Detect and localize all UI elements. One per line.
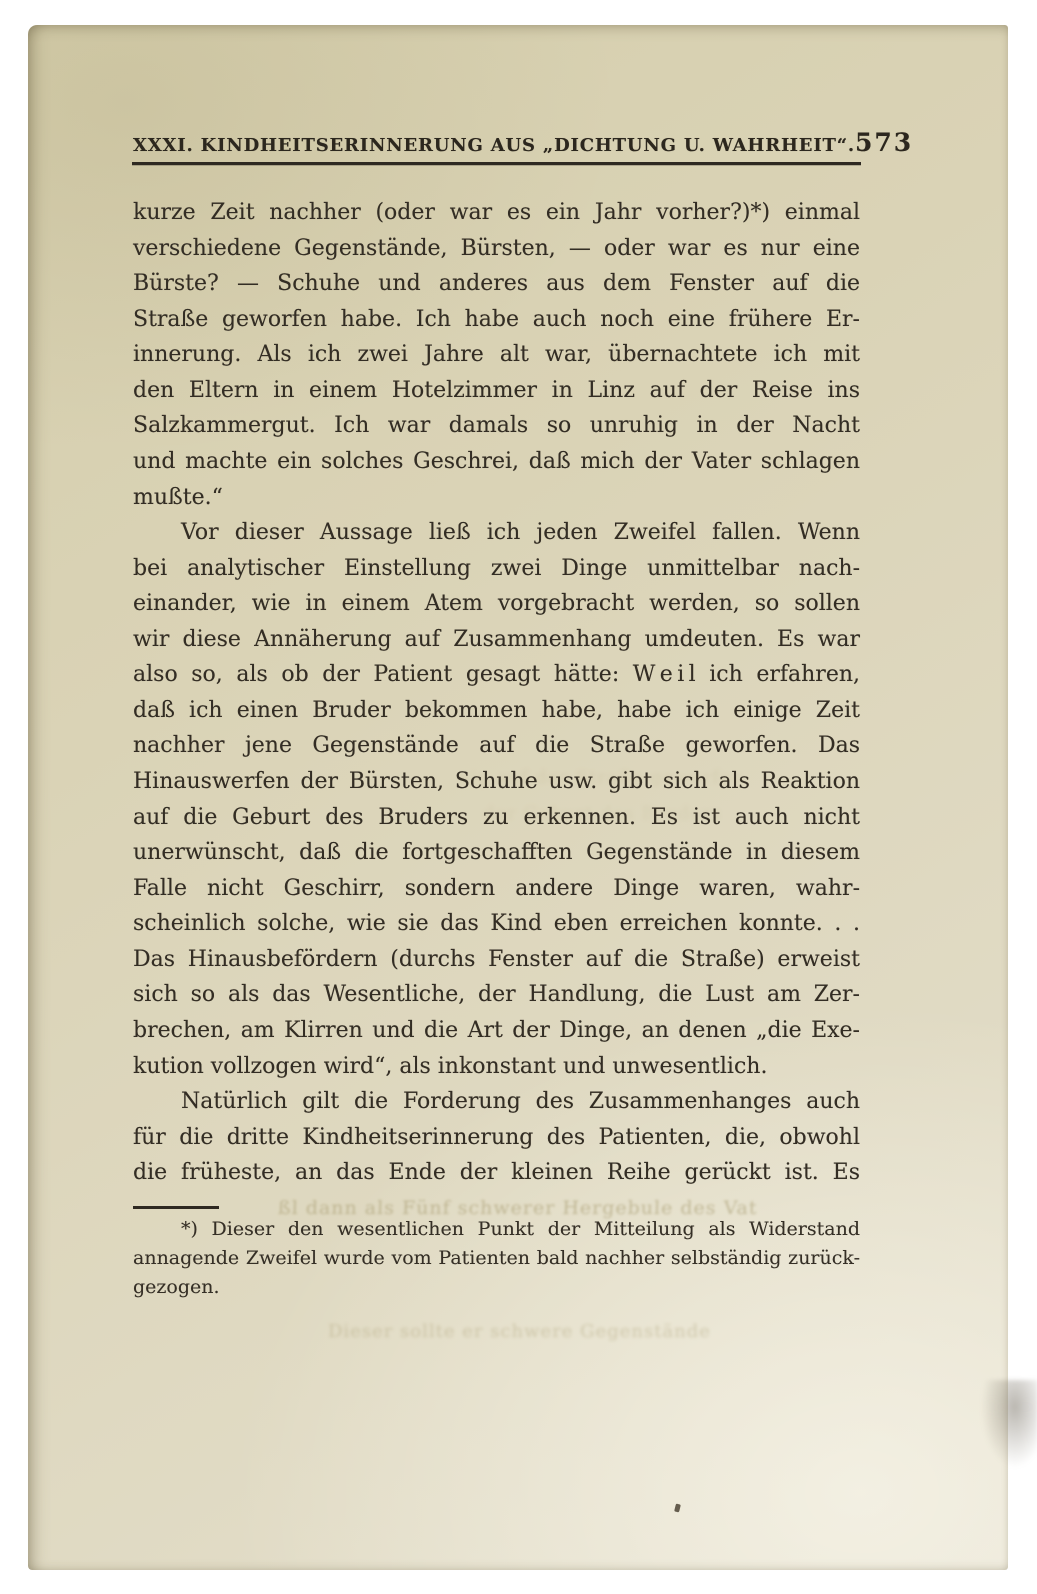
ink-speck <box>674 1504 681 1513</box>
text-line: einander, wie in einem Atem vorgebracht … <box>133 586 860 622</box>
text-line: bei analytischer Einstellung zwei Dinge … <box>133 551 860 587</box>
scan-canvas: XXXI. KINDHEITSERINNERUNG AUS „DICHTUNG … <box>0 0 1037 1594</box>
text-line: wir diese Annäherung auf Zusammenhang um… <box>133 622 860 658</box>
text-line: mußte.“ <box>133 480 860 516</box>
text-line: Natürlich gilt die Forderung des Zusamme… <box>133 1084 860 1120</box>
text-line: kurze Zeit nachher (oder war es ein Jahr… <box>133 195 860 231</box>
text-line: daß ich einen Bruder bekommen habe, habe… <box>133 693 860 729</box>
text-line: auf die Geburt des Bruders zu erkennen. … <box>133 800 860 836</box>
text-line: brechen, am Klirren und die Art der Ding… <box>133 1013 860 1049</box>
footnote-separator-rule <box>133 1206 219 1209</box>
text-line: sich so als das Wesentliche, der Handlun… <box>133 977 860 1013</box>
text-line: kution vollzogen wird“, als inkonstant u… <box>133 1049 860 1085</box>
scan-smudge <box>980 1380 1037 1470</box>
text-line: für die dritte Kindheitserinnerung des P… <box>133 1120 860 1156</box>
text-line: und machte ein solches Geschrei, daß mic… <box>133 444 860 480</box>
text-line: Vor dieser Aussage ließ ich jeden Zweife… <box>133 515 860 551</box>
text-line: innerung. Als ich zwei Jahre alt war, üb… <box>133 337 860 373</box>
page-number: 573 <box>855 128 913 157</box>
text-line: annagende Zweifel wurde vom Patienten ba… <box>133 1244 860 1273</box>
text-line: Das Hinausbefördern (durchs Fenster auf … <box>133 942 860 978</box>
text-line: *) Dieser den wesentlichen Punkt der Mit… <box>133 1215 860 1244</box>
text-line: Hinauswerfen der Bürsten, Schuhe usw. gi… <box>133 764 860 800</box>
text-line: also so, als ob der Patient gesagt hätte… <box>133 657 860 693</box>
text-line: scheinlich solche, wie sie das Kind eben… <box>133 906 860 942</box>
text-line: Straße geworfen habe. Ich habe auch noch… <box>133 302 860 338</box>
running-header-title: XXXI. KINDHEITSERINNERUNG AUS „DICHTUNG … <box>133 135 855 156</box>
running-header: XXXI. KINDHEITSERINNERUNG AUS „DICHTUNG … <box>133 128 860 157</box>
page-scan: XXXI. KINDHEITSERINNERUNG AUS „DICHTUNG … <box>28 25 1008 1570</box>
text-line: Falle nicht Geschirr, sondern andere Din… <box>133 871 860 907</box>
footnote: *) Dieser den wesentlichen Punkt der Mit… <box>133 1215 860 1302</box>
text-line: Salzkammergut. Ich war damals so unruhig… <box>133 408 860 444</box>
text-line: nachher jene Gegenstände auf die Straße … <box>133 728 860 764</box>
header-rule <box>132 162 861 165</box>
body-text: kurze Zeit nachher (oder war es ein Jahr… <box>133 195 860 1191</box>
text-line: gezogen. <box>133 1273 860 1302</box>
text-line: Bürste? — Schuhe und anderes aus dem Fen… <box>133 266 860 302</box>
text-line: verschiedene Gegenstände, Bürsten, — ode… <box>133 231 860 267</box>
text-line: die früheste, an das Ende der kleinen Re… <box>133 1155 860 1191</box>
text-line: unerwünscht, daß die fortgeschafften Geg… <box>133 835 860 871</box>
text-line: den Eltern in einem Hotelzimmer in Linz … <box>133 373 860 409</box>
ink-showthrough: Dieser sollte er schwere Gegenstände <box>328 1321 758 1342</box>
